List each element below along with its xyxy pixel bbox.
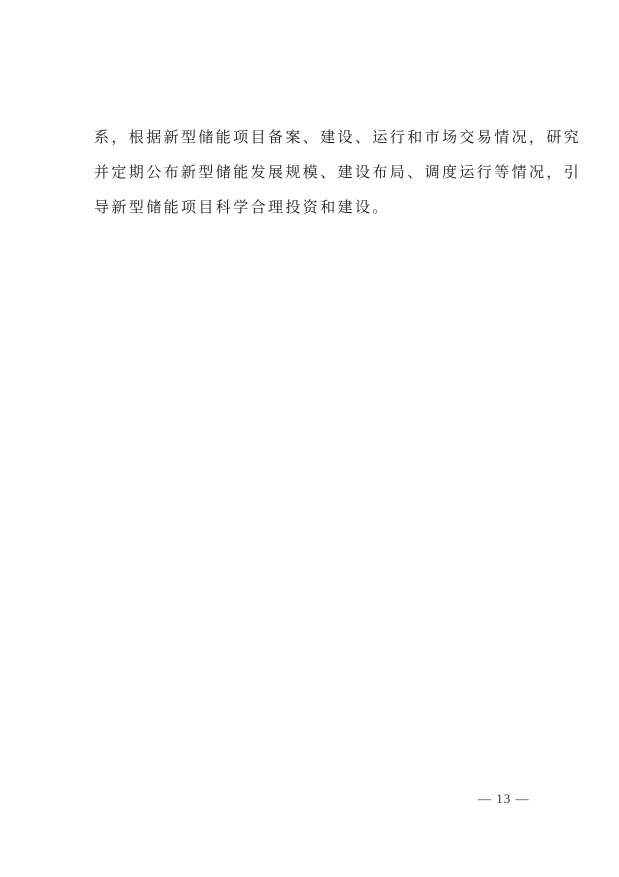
paragraph-line-1: 系，根据新型储能项目备案、建设、运行和市场交易情况，研究 <box>94 124 534 159</box>
paragraph-line-3: 导新型储能项目科学合理投资和建设。 <box>94 194 534 229</box>
page-number: — 13 — <box>478 791 530 807</box>
paragraph-line-2: 并定期公布新型储能发展规模、建设布局、调度运行等情况，引 <box>94 159 534 194</box>
document-page: 系，根据新型储能项目备案、建设、运行和市场交易情况，研究 并定期公布新型储能发展… <box>0 0 619 877</box>
body-paragraph: 系，根据新型储能项目备案、建设、运行和市场交易情况，研究 并定期公布新型储能发展… <box>94 124 534 229</box>
